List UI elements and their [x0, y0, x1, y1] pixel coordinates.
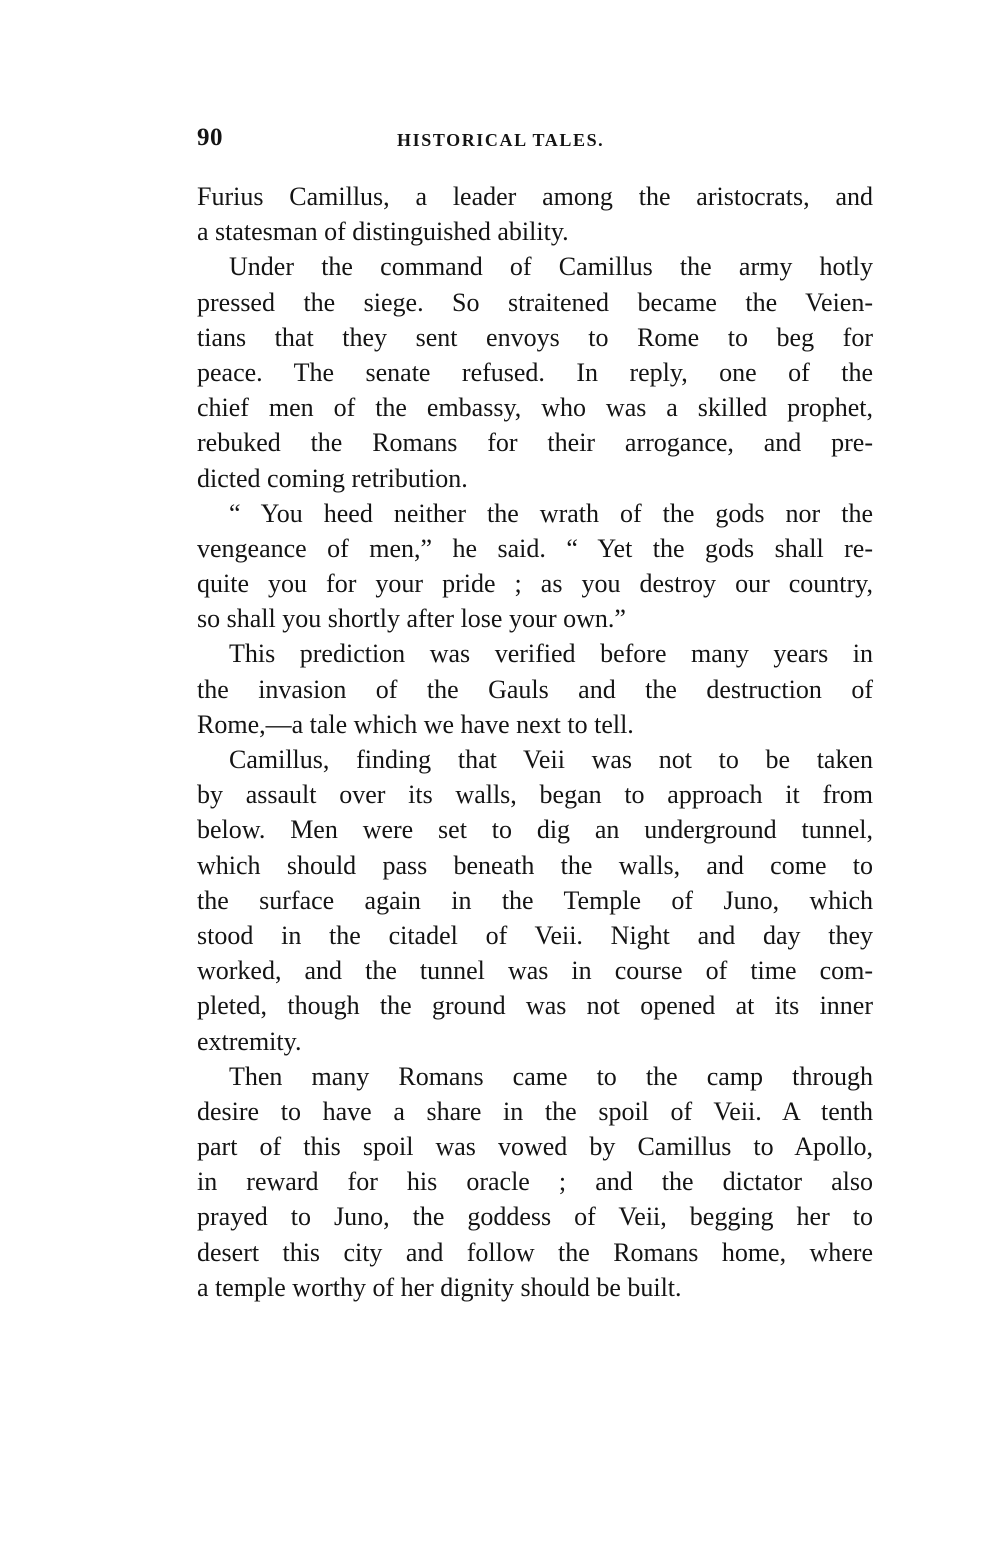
paragraph-2: Under the command of Camillus the army h… — [197, 249, 873, 495]
text-line: Rome,—a tale which we have next to tell. — [197, 707, 873, 742]
text-line: stood in the citadel of Veii. Night and … — [197, 918, 873, 953]
text-line: extremity. — [197, 1024, 873, 1059]
text-line: Furius Camillus, a leader among the aris… — [197, 179, 873, 214]
text-line: vengeance of men,” he said. “ Yet the go… — [197, 531, 873, 566]
paragraph-3: “ You heed neither the wrath of the gods… — [197, 496, 873, 637]
paragraph-1: Furius Camillus, a leader among the aris… — [197, 179, 873, 249]
text-line: tians that they sent envoys to Rome to b… — [197, 320, 873, 355]
paragraph-6: Then many Romans came to the camp throug… — [197, 1059, 873, 1305]
text-line: This prediction was verified before many… — [197, 636, 873, 671]
text-line: worked, and the tunnel was in course of … — [197, 953, 873, 988]
text-line: Then many Romans came to the camp throug… — [197, 1059, 873, 1094]
text-line: dicted coming retribution. — [197, 461, 873, 496]
text-line: “ You heed neither the wrath of the gods… — [197, 496, 873, 531]
text-line: rebuked the Romans for their arrogance, … — [197, 425, 873, 460]
text-line: part of this spoil was vowed by Camillus… — [197, 1129, 873, 1164]
running-head: 90 HISTORICAL TALES. — [197, 124, 873, 164]
text-line: so shall you shortly after lose your own… — [197, 601, 873, 636]
text-line: below. Men were set to dig an undergroun… — [197, 812, 873, 847]
text-line: the invasion of the Gauls and the destru… — [197, 672, 873, 707]
text-line: a temple worthy of her dignity should be… — [197, 1270, 873, 1305]
text-line: desert this city and follow the Romans h… — [197, 1235, 873, 1270]
text-line: pressed the siege. So straitened became … — [197, 285, 873, 320]
text-line: by assault over its walls, began to appr… — [197, 777, 873, 812]
text-line: in reward for his oracle ; and the dicta… — [197, 1164, 873, 1199]
text-line: Under the command of Camillus the army h… — [197, 249, 873, 284]
text-line: chief men of the embassy, who was a skil… — [197, 390, 873, 425]
text-line: a statesman of distinguished ability. — [197, 214, 873, 249]
text-line: quite you for your pride ; as you destro… — [197, 566, 873, 601]
book-page: 90 HISTORICAL TALES. Furius Camillus, a … — [0, 0, 1000, 1546]
page-number: 90 — [197, 124, 223, 152]
body-text: Furius Camillus, a leader among the aris… — [197, 179, 873, 1305]
text-line: the surface again in the Temple of Juno,… — [197, 883, 873, 918]
paragraph-4: This prediction was verified before many… — [197, 636, 873, 742]
text-line: Camillus, finding that Veii was not to b… — [197, 742, 873, 777]
text-line: pleted, though the ground was not opened… — [197, 988, 873, 1023]
text-line: which should pass beneath the walls, and… — [197, 848, 873, 883]
running-title: HISTORICAL TALES. — [397, 130, 604, 151]
text-line: desire to have a share in the spoil of V… — [197, 1094, 873, 1129]
paragraph-5: Camillus, finding that Veii was not to b… — [197, 742, 873, 1059]
text-line: prayed to Juno, the goddess of Veii, beg… — [197, 1199, 873, 1234]
text-line: peace. The senate refused. In reply, one… — [197, 355, 873, 390]
